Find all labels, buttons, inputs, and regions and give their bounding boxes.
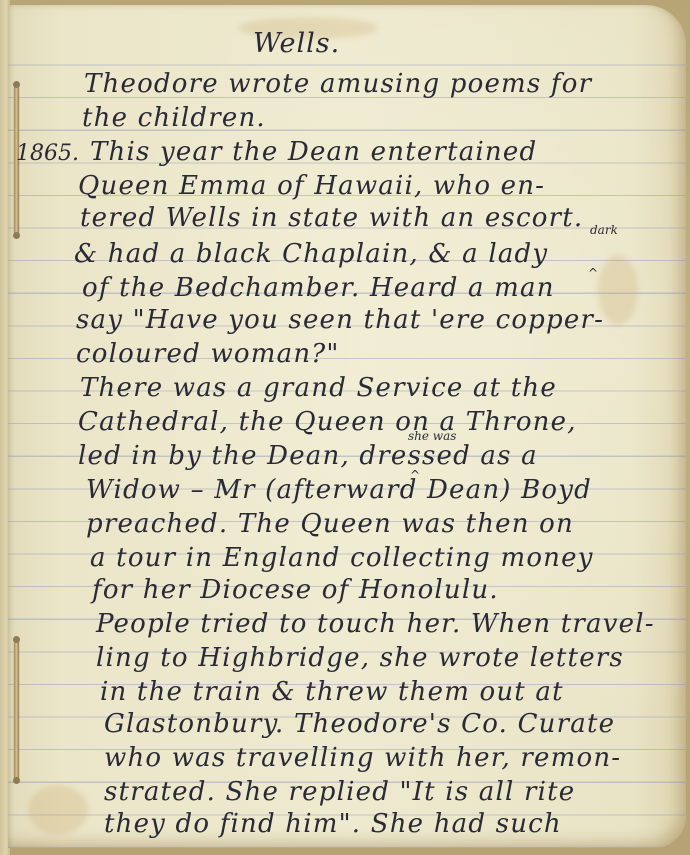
text-line-19: in the train & threw them out at (100, 677, 564, 707)
text-line-5: tered Wells in state with an escort. (80, 203, 583, 233)
text-line-2: the children. (82, 103, 266, 133)
text-line-17: People tried to touch her. When travel- (96, 609, 655, 639)
notebook-photo: Wells. Theodore wrote amusing poems for … (0, 0, 690, 855)
paper-stain (28, 785, 88, 835)
insertion-dark: dark (590, 223, 618, 237)
text-line-20: Glastonbury. Theodore's Co. Curate (104, 709, 615, 739)
text-line-9: coloured woman?" (76, 339, 340, 369)
notebook-page: Wells. Theodore wrote amusing poems for … (8, 5, 686, 848)
text-line-21: who was travelling with her, remon- (104, 743, 621, 773)
text-line-18: ling to Highbridge, she wrote letters (96, 643, 624, 673)
text-line-8: say "Have you seen that 'ere copper- (76, 305, 604, 335)
text-line-14: preached. The Queen was then on (86, 509, 574, 539)
text-line-4: Queen Emma of Hawaii, who en- (78, 171, 545, 201)
text-line-10: There was a grand Service at the (80, 373, 557, 403)
margin-year: 1865. (16, 139, 79, 169)
text-line-15: a tour in England collecting money (90, 543, 594, 573)
page-title: Wells. (253, 29, 340, 59)
text-line-22: strated. She replied "It is all rite (104, 777, 575, 807)
text-line-7: of the Bedchamber. Heard a man (82, 273, 555, 303)
text-line-16: for her Diocese of Honolulu. (92, 575, 499, 605)
text-line-13: Widow – Mr (afterward Dean) Boyd (86, 475, 592, 505)
text-line-11: Cathedral, the Queen on a Throne, (78, 407, 577, 437)
text-line-6: & had a black Chaplain, & a lady (74, 239, 548, 269)
insertion-caret: ^ (588, 267, 598, 279)
text-line-3: This year the Dean entertained (90, 137, 537, 167)
text-line-1: Theodore wrote amusing poems for (84, 69, 592, 99)
text-line-23: they do find him". She had such (104, 809, 562, 839)
text-line-12: led in by the Dean, dressed as a (78, 441, 538, 471)
binding-stitch-bottom (14, 640, 19, 780)
